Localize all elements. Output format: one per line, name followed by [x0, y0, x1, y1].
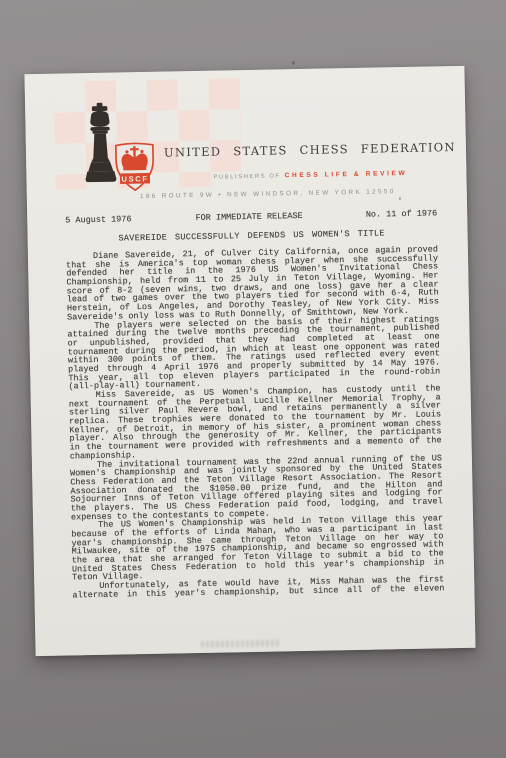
uscf-monogram: USCF [121, 174, 148, 184]
release-label: FOR IMMEDIATE RELEASE [195, 211, 302, 223]
press-release-page: USCF UNITED STATES CHESS FEDERATION PUBL… [24, 66, 475, 656]
publishers-prefix: PUBLISHERS OF [213, 173, 280, 180]
chess-king-icon [83, 102, 118, 186]
paragraph: The invitational tournament was the 22nd… [70, 454, 443, 522]
release-number: No. 11 of 1976 [366, 208, 438, 219]
release-date: 5 August 1976 [65, 214, 131, 225]
dust-speck [399, 197, 401, 200]
paragraph: Miss Savereide, as US Women's Champion, … [69, 384, 442, 461]
release-meta-row: 5 August 1976 FOR IMMEDIATE RELEASE No. … [65, 208, 437, 225]
headline: SAVEREIDE SUCCESSFULLY DEFENDS US WOMEN'… [66, 227, 438, 244]
press-release-body: Diane Savereide, 21, of Culver City Cali… [66, 245, 445, 600]
photo-of-press-release: { "letterhead": { "org_name": "UNITED ST… [0, 0, 506, 758]
paragraph: The US Women's Championship was held in … [71, 515, 444, 583]
publishers-line: PUBLISHERS OFCHESS LIFE & REVIEW [213, 162, 407, 184]
paragraph: Diane Savereide, 21, of Culver City Cali… [66, 245, 439, 322]
show-through-mark [201, 639, 281, 648]
dust-speck [292, 61, 295, 65]
paragraph: The players were selected on the basis o… [67, 315, 440, 392]
uscf-shield-logo: USCF [114, 141, 156, 193]
address-line: 186 ROUTE 9W • NEW WINDSOR, NEW YORK 125… [127, 188, 409, 200]
publication-name: CHESS LIFE & REVIEW [285, 170, 408, 179]
